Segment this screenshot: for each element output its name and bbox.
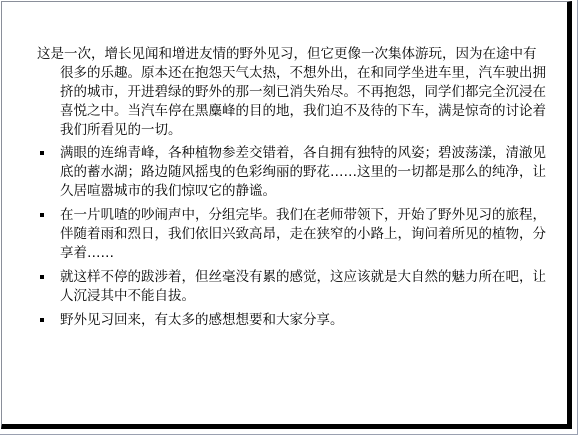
slide-body: 这是一次，增长见闻和增进友情的野外见习，但它更像一次集体游玩，因为在途中有很多的… — [37, 45, 547, 335]
bullet-item: 满眼的连绵青峰，各种植物参差交错着，各自拥有独特的风姿；碧波荡漾，清澈见底的蓄水… — [37, 144, 547, 201]
square-bullet-icon — [40, 318, 44, 322]
bullet-text: 就这样不停的跋涉着，但丝毫没有累的感觉，这应该就是大自然的魅力所在吧，让人沉浸其… — [60, 269, 546, 304]
bullet-item: 就这样不停的跋涉着，但丝毫没有累的感觉，这应该就是大自然的魅力所在吧，让人沉浸其… — [37, 268, 547, 306]
bullet-text: 满眼的连绵青峰，各种植物参差交错着，各自拥有独特的风姿；碧波荡漾，清澈见底的蓄水… — [60, 145, 546, 199]
bullet-item: 在一片叽喳的吵闹声中，分组完毕。我们在老师带领下，开始了野外见习的旅程，伴随着雨… — [37, 206, 547, 263]
slide: 这是一次，增长见闻和增进友情的野外见习，但它更像一次集体游玩，因为在途中有很多的… — [1, 1, 572, 429]
square-bullet-icon — [40, 275, 44, 279]
bullet-item: 野外见习回来，有太多的感想想要和大家分享。 — [37, 311, 547, 330]
bullet-text: 在一片叽喳的吵闹声中，分组完毕。我们在老师带领下，开始了野外见习的旅程，伴随着雨… — [60, 207, 546, 261]
intro-paragraph: 这是一次，增长见闻和增进友情的野外见习，但它更像一次集体游玩，因为在途中有很多的… — [37, 45, 547, 140]
bullet-text: 野外见习回来，有太多的感想想要和大家分享。 — [60, 312, 344, 328]
square-bullet-icon — [40, 151, 44, 155]
square-bullet-icon — [40, 213, 44, 217]
